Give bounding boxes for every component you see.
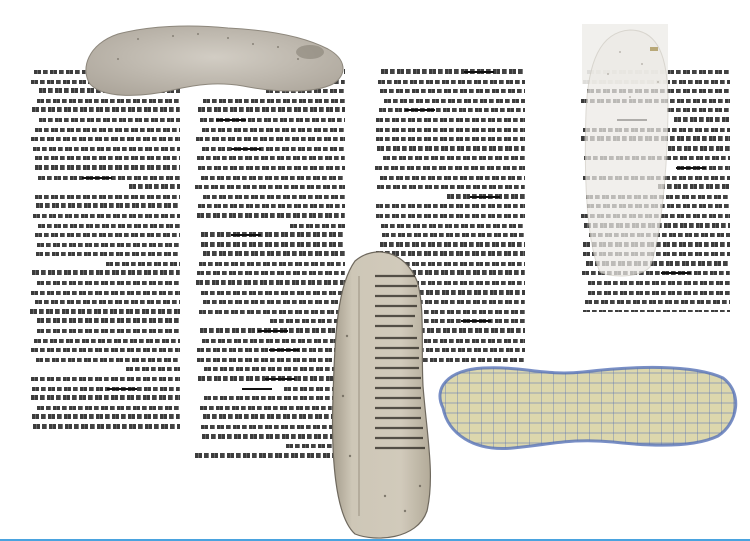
manuscript-text-line — [375, 86, 525, 96]
manuscript-text-line — [30, 297, 180, 307]
manuscript-text-line — [30, 115, 180, 125]
manuscript-text-line — [195, 412, 345, 422]
manuscript-text-line — [30, 105, 180, 115]
manuscript-text-line — [580, 307, 730, 312]
manuscript-text-line — [375, 115, 525, 125]
manuscript-text-line — [30, 422, 180, 432]
manuscript-text-line — [30, 307, 180, 317]
manuscript-text-line — [30, 163, 180, 173]
manuscript-text-line — [30, 182, 180, 192]
manuscript-text-line — [30, 134, 180, 144]
manuscript-text-line — [195, 355, 345, 365]
manuscript-text-line — [375, 153, 525, 163]
manuscript-text-line — [30, 384, 180, 394]
manuscript-text-line — [30, 192, 180, 202]
manuscript-text-line — [195, 384, 345, 394]
manuscript-text-line — [195, 173, 345, 183]
manuscript-text-line — [195, 221, 345, 231]
manuscript-text-line — [195, 336, 345, 346]
manuscript-text-line — [195, 144, 345, 154]
manuscript-text-line — [195, 211, 345, 221]
manuscript-text-line — [375, 134, 525, 144]
manuscript-text-line — [375, 163, 525, 173]
manuscript-text-line — [30, 355, 180, 365]
manuscript-text-line — [195, 393, 345, 403]
manuscript-text-line — [375, 105, 525, 115]
manuscript-text-line — [375, 192, 525, 202]
manuscript-text-line — [375, 211, 525, 221]
manuscript-text-line — [375, 173, 525, 183]
insole-bottom-right — [433, 358, 743, 452]
manuscript-text-line — [375, 201, 525, 211]
manuscript-text-line — [580, 288, 730, 298]
manuscript-text-line — [30, 259, 180, 269]
manuscript-text-line — [30, 144, 180, 154]
manuscript-text-line — [375, 221, 525, 231]
manuscript-text-line — [195, 374, 345, 384]
manuscript-text-line — [195, 364, 345, 374]
manuscript-text-line — [30, 374, 180, 384]
manuscript-text-line — [30, 345, 180, 355]
manuscript-text-line — [30, 173, 180, 183]
manuscript-text-line — [195, 432, 345, 442]
manuscript-text-line — [30, 201, 180, 211]
manuscript-text-line — [375, 125, 525, 135]
manuscript-text-line — [375, 144, 525, 154]
manuscript-text-line — [195, 259, 345, 269]
manuscript-text-line — [30, 221, 180, 231]
manuscript-text-line — [375, 230, 525, 240]
manuscript-text-line — [30, 336, 180, 346]
manuscript-column-2 — [195, 67, 345, 465]
manuscript-text-line — [195, 240, 345, 250]
manuscript-text-line — [195, 201, 345, 211]
insole-top — [78, 14, 350, 98]
manuscript-text-line — [30, 316, 180, 326]
manuscript-text-line — [195, 163, 345, 173]
manuscript-text-line — [375, 96, 525, 106]
manuscript-text-line — [195, 288, 345, 298]
manuscript-text-line — [30, 211, 180, 221]
manuscript-text-line — [195, 153, 345, 163]
manuscript-text-line — [30, 326, 180, 336]
manuscript-text-line — [195, 134, 345, 144]
manuscript-text-line — [30, 412, 180, 422]
manuscript-text-line — [375, 77, 525, 87]
manuscript-text-line — [30, 288, 180, 298]
manuscript-text-line — [30, 153, 180, 163]
manuscript-text-line — [195, 105, 345, 115]
manuscript-text-line — [30, 364, 180, 374]
manuscript-text-line — [30, 268, 180, 278]
manuscript-text-line — [195, 182, 345, 192]
manuscript-text-line — [30, 249, 180, 259]
manuscript-text-line — [195, 268, 345, 278]
manuscript-column-1 — [30, 67, 180, 452]
manuscript-text-line — [580, 278, 730, 288]
manuscript-text-line — [30, 393, 180, 403]
manuscript-text-line — [195, 230, 345, 240]
manuscript-text-line — [195, 403, 345, 413]
manuscript-text-line — [195, 125, 345, 135]
manuscript-text-line — [195, 316, 345, 326]
insole-bottom-left — [325, 246, 439, 540]
manuscript-text-line — [195, 115, 345, 125]
manuscript-text-line — [375, 182, 525, 192]
manuscript-text-line — [195, 326, 345, 336]
manuscript-text-line — [195, 278, 345, 288]
manuscript-text-line — [195, 249, 345, 259]
manuscript-text-line — [30, 403, 180, 413]
manuscript-text-line — [375, 67, 525, 77]
manuscript-text-line — [30, 125, 180, 135]
manuscript-text-line — [195, 307, 345, 317]
manuscript-text-line — [195, 441, 345, 451]
manuscript-text-line — [580, 297, 730, 307]
manuscript-text-line — [195, 297, 345, 307]
manuscript-text-line — [30, 240, 180, 250]
manuscript-text-line — [195, 451, 345, 461]
manuscript-text-line — [30, 230, 180, 240]
manuscript-text-line — [195, 422, 345, 432]
insole-tall-right — [580, 22, 672, 278]
manuscript-text-line — [195, 345, 345, 355]
manuscript-text-line — [195, 192, 345, 202]
collage-scene — [0, 0, 750, 541]
manuscript-text-line — [30, 278, 180, 288]
